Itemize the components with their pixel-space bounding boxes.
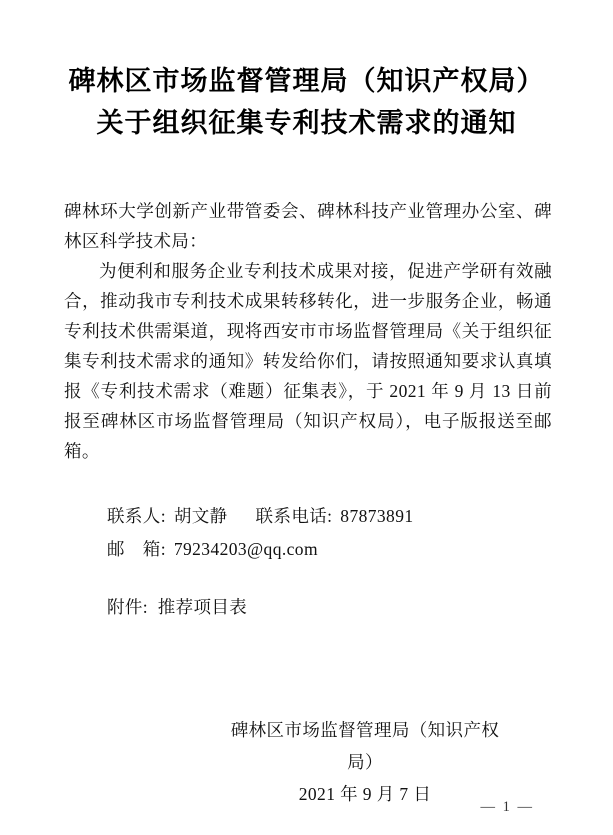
contact-person-line: 联系人:胡文静联系电话:87873891 bbox=[107, 500, 613, 533]
document-body: 碑林环大学创新产业带管委会、碑林科技产业管理办公室、碑林区科学技术局： 为便利和… bbox=[64, 196, 552, 466]
contact-person-name: 胡文静 bbox=[174, 506, 228, 526]
title-line-1: 碑林区市场监督管理局（知识产权局） bbox=[0, 60, 613, 102]
signature-date: 2021 年 9 月 7 日 bbox=[220, 778, 510, 810]
signature-org: 碑林区市场监督管理局（知识产权局） bbox=[220, 714, 510, 778]
contact-email-label: 邮 箱: bbox=[107, 539, 166, 559]
contact-email-value: 79234203@qq.com bbox=[174, 539, 318, 559]
document-page: 碑林区市场监督管理局（知识产权局） 关于组织征集专利技术需求的通知 碑林环大学创… bbox=[0, 0, 613, 835]
body-paragraph: 为便利和服务企业专利技术成果对接，促进产学研有效融合，推动我市专利技术成果转移转… bbox=[64, 256, 552, 466]
attachment-label: 附件: bbox=[107, 597, 148, 617]
title-line-2: 关于组织征集专利技术需求的通知 bbox=[0, 102, 613, 144]
contact-person-label: 联系人: bbox=[107, 506, 166, 526]
attachment-line: 附件:推荐项目表 bbox=[107, 592, 613, 622]
contact-phone-label: 联系电话: bbox=[256, 506, 333, 526]
document-title: 碑林区市场监督管理局（知识产权局） 关于组织征集专利技术需求的通知 bbox=[0, 0, 613, 144]
signature-block: 碑林区市场监督管理局（知识产权局） 2021 年 9 月 7 日 bbox=[220, 714, 510, 810]
contact-email-line: 邮 箱:79234203@qq.com bbox=[107, 533, 613, 566]
contact-block: 联系人:胡文静联系电话:87873891 邮 箱:79234203@qq.com bbox=[107, 500, 613, 566]
contact-phone-number: 87873891 bbox=[340, 506, 413, 526]
recipients-line: 碑林环大学创新产业带管委会、碑林科技产业管理办公室、碑林区科学技术局： bbox=[64, 196, 552, 256]
attachment-value: 推荐项目表 bbox=[158, 597, 248, 617]
page-number: — 1 — bbox=[481, 799, 535, 816]
